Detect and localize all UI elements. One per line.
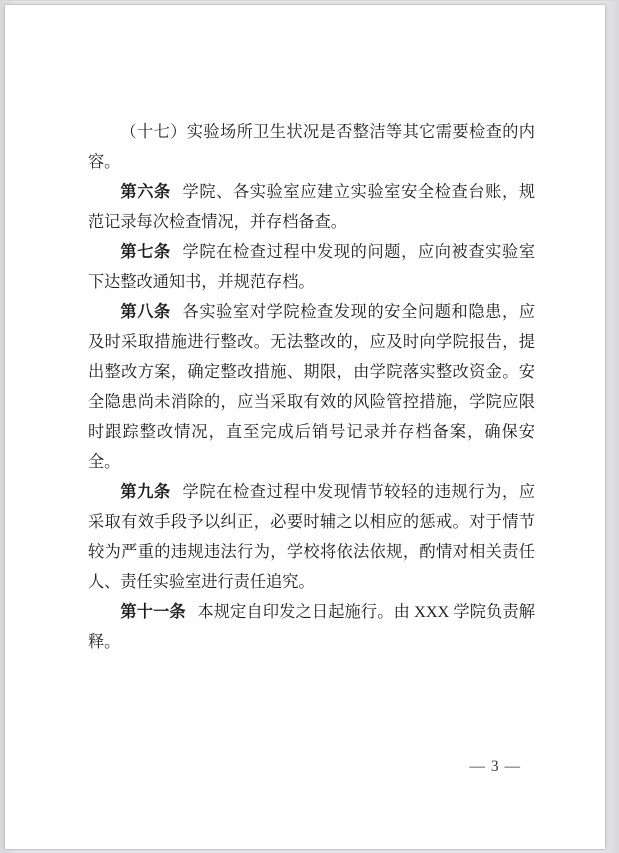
article-text: 各实验室对学院检查发现的安全问题和隐患，应及时采取措施进行整改。无法整改的，应及…	[88, 303, 535, 471]
paragraph-article-8: 第八条各实验室对学院检查发现的安全问题和隐患，应及时采取措施进行整改。无法整改的…	[88, 297, 535, 477]
article-number: 第六条	[120, 183, 170, 201]
article-text: （十七）实验场所卫生状况是否整洁等其它需要检查的内容。	[88, 123, 535, 171]
article-number: 第七条	[120, 243, 170, 261]
paragraph-article-11: 第十一条本规定自印发之日起施行。由 XXX 学院负责解释。	[88, 597, 535, 657]
paragraph-article-9: 第九条学院在检查过程中发现情节较轻的违规行为，应采取有效手段予以纠正，必要时辅之…	[88, 477, 535, 597]
document-canvas: （十七）实验场所卫生状况是否整洁等其它需要检查的内容。 第六条学院、各实验室应建…	[0, 0, 619, 853]
paragraph-item-17: （十七）实验场所卫生状况是否整洁等其它需要检查的内容。	[88, 117, 535, 177]
article-number: 第八条	[120, 303, 170, 321]
document-body: （十七）实验场所卫生状况是否整洁等其它需要检查的内容。 第六条学院、各实验室应建…	[88, 117, 535, 657]
paragraph-article-6: 第六条学院、各实验室应建立实验室安全检查台账，规范记录每次检查情况，并存档备查。	[88, 177, 535, 237]
article-number: 第十一条	[120, 603, 185, 621]
article-number: 第九条	[120, 483, 170, 501]
document-page: （十七）实验场所卫生状况是否整洁等其它需要检查的内容。 第六条学院、各实验室应建…	[5, 5, 605, 849]
page-number: — 3 —	[470, 757, 522, 777]
paragraph-article-7: 第七条学院在检查过程中发现的问题，应向被查实验室下达整改通知书，并规范存档。	[88, 237, 535, 297]
